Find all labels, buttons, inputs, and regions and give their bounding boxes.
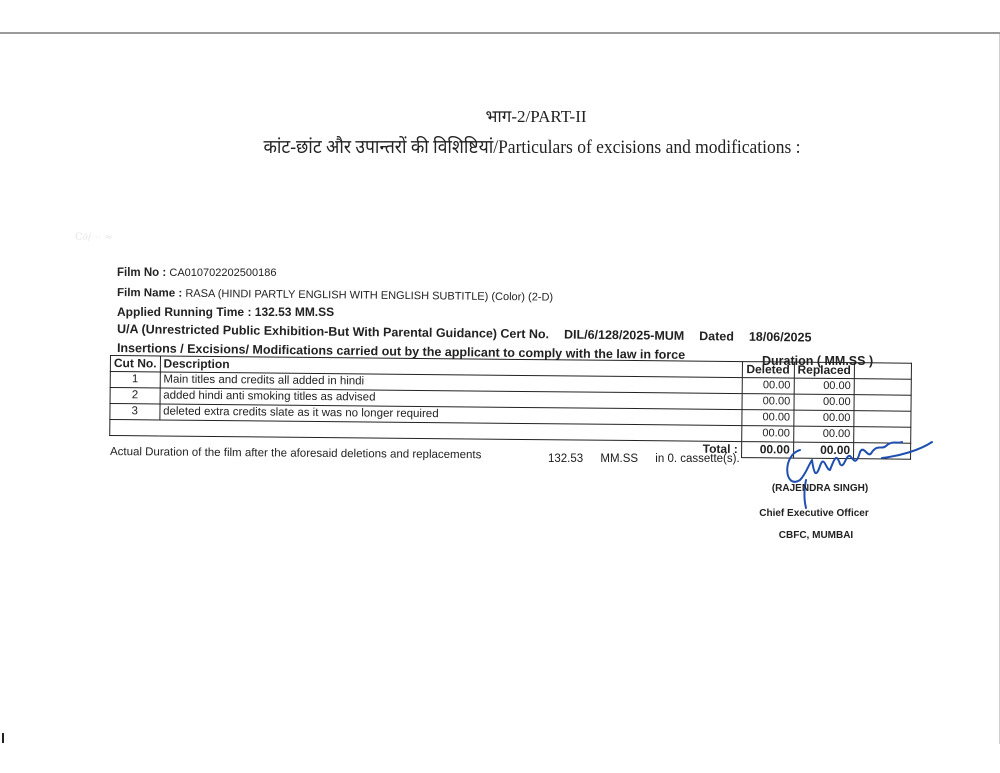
certificate-line: U/A (Unrestricted Public Exhibition-But … xyxy=(117,322,812,344)
film-name-label: Film Name : xyxy=(117,287,182,300)
part-subheading: कांट-छांट और उपान्तरों की विशिष्टियां/Pa… xyxy=(43,133,1000,159)
signatory-title: Chief Executive Officer xyxy=(734,508,894,519)
blank-cell xyxy=(854,395,911,412)
actual-duration-label: Actual Duration of the film after the af… xyxy=(110,446,481,461)
signatory-organization: CBFC, MUMBAI xyxy=(736,530,896,541)
running-time-label: Applied Running Time : xyxy=(117,305,251,319)
cut-number: 1 xyxy=(110,372,160,388)
deleted-duration: 00.00 xyxy=(742,378,794,394)
running-time-value: 132.53 MM.SS xyxy=(255,305,334,319)
certificate-number: DIL/6/128/2025-MUM xyxy=(564,327,684,342)
scan-artifact xyxy=(2,733,4,743)
film-number-value: CA010702202500186 xyxy=(169,267,276,279)
film-number-label: Film No : xyxy=(117,267,166,279)
header-blank xyxy=(854,363,911,380)
part-heading: भाग-2/PART-II xyxy=(0,104,1000,127)
header-replaced: Replaced xyxy=(794,362,855,379)
applied-running-time: Applied Running Time : 132.53 MM.SS xyxy=(117,305,334,319)
dated-value: 18/06/2025 xyxy=(749,330,812,345)
replaced-duration: 00.00 xyxy=(794,378,855,395)
blank-cell xyxy=(854,379,911,396)
replaced-duration: 00.00 xyxy=(794,410,855,427)
top-border-rule xyxy=(0,32,1000,34)
film-name: Film Name : RASA (HINDI PARTLY ENGLISH W… xyxy=(117,287,553,304)
header-deleted: Deleted xyxy=(742,362,794,378)
actual-duration-number: 132.53 xyxy=(548,453,583,465)
signatory-name: (RAJENDRA SINGH) xyxy=(740,483,900,494)
cassette-count: in 0. cassette(s). xyxy=(655,453,739,465)
film-number: Film No : CA010702202500186 xyxy=(117,267,276,279)
actual-duration-unit: MM.SS xyxy=(600,453,638,465)
film-name-value: RASA (HINDI PARTLY ENGLISH WITH ENGLISH … xyxy=(185,288,553,304)
header-cut-no: Cut No. xyxy=(110,356,160,372)
deleted-duration: 00.00 xyxy=(742,410,794,426)
dated-label: Dated xyxy=(699,329,734,343)
faint-stamp-mark: C∂/⋯ ≈ xyxy=(75,232,113,243)
certificate-category: U/A (Unrestricted Public Exhibition-But … xyxy=(117,322,549,341)
actual-duration-value: 132.53 MM.SS in 0. cassette(s). xyxy=(548,453,754,465)
blank-cell xyxy=(854,411,911,428)
cut-number: 3 xyxy=(110,404,160,420)
cut-number: 2 xyxy=(110,388,160,404)
deleted-duration: 00.00 xyxy=(742,394,794,410)
replaced-duration: 00.00 xyxy=(794,394,855,411)
